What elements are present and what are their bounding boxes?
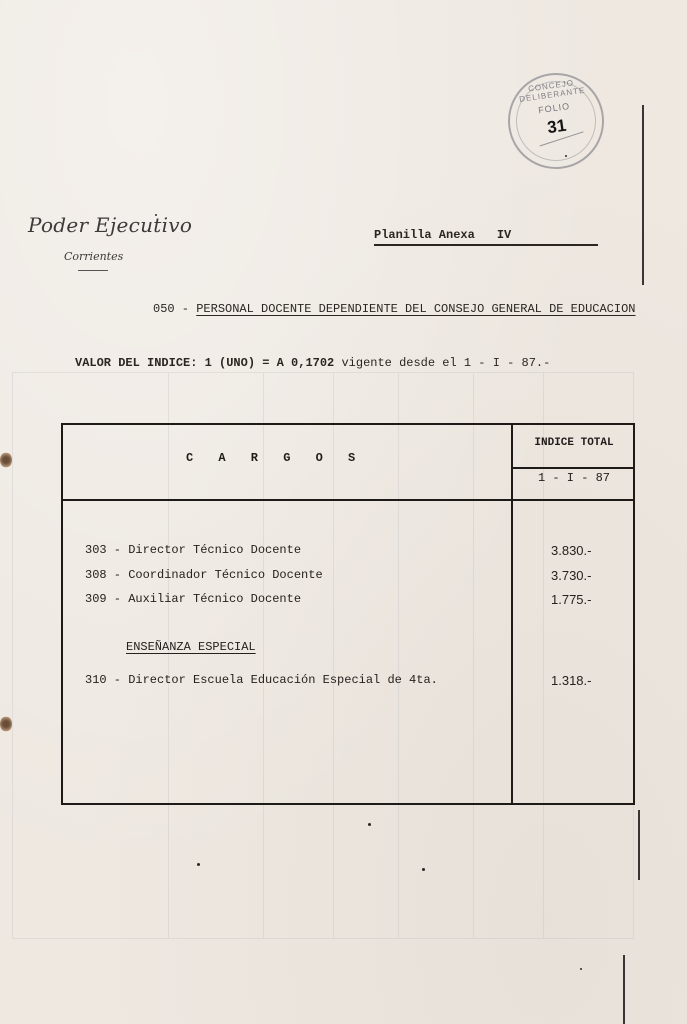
annex-heading: Planilla AnexaIV <box>374 228 598 246</box>
ink-speck <box>580 968 582 970</box>
table-row-indice: 1.775.- <box>551 592 591 607</box>
letterhead-subtitle: Corrientes <box>64 250 123 263</box>
column-header-date: 1 - I - 87 <box>513 471 635 485</box>
column-header-cargos: C A R G O S <box>186 451 364 465</box>
index-value-unit: 1 (UNO) <box>205 356 255 370</box>
index-value-label: VALOR DEL INDICE: <box>75 356 197 370</box>
cargos-table: C A R G O S INDICE TOTAL 1 - I - 87 303 … <box>61 423 635 805</box>
column-header-indice-total: INDICE TOTAL <box>513 437 635 449</box>
index-value-validity: vigente desde el 1 - I - 87.- <box>341 356 550 370</box>
table-row-cargo: 310 - Director Escuela Educación Especia… <box>85 673 438 687</box>
margin-line <box>638 810 640 880</box>
ink-speck <box>197 863 200 866</box>
ink-speck <box>422 868 425 871</box>
table-row-indice: 1.318.- <box>551 673 591 688</box>
table-row-cargo: 309 - Auxiliar Técnico Docente <box>85 592 301 606</box>
margin-line <box>623 955 625 1024</box>
document-page: CONCEJO DELIBERANTE FOLIO 31 Poder Ejecu… <box>0 0 687 1024</box>
section-title: PERSONAL DOCENTE DEPENDIENTE DEL CONSEJO… <box>196 302 635 316</box>
letterhead-title: Poder Ejecutivo <box>28 213 192 237</box>
annex-number: IV <box>497 228 511 242</box>
table-row-indice: 3.730.- <box>551 568 591 583</box>
margin-line <box>642 105 644 285</box>
table-row-indice: 3.830.- <box>551 543 591 558</box>
table-row-cargo: 308 - Coordinador Técnico Docente <box>85 568 323 582</box>
ink-speck <box>368 823 371 826</box>
section-heading: 050 - PERSONAL DOCENTE DEPENDIENTE DEL C… <box>153 302 636 316</box>
subsection-heading: ENSEÑANZA ESPECIAL <box>126 640 256 654</box>
table-row-cargo: 303 - Director Técnico Docente <box>85 543 301 557</box>
punch-hole <box>0 452 12 468</box>
letterhead-rule <box>78 270 108 271</box>
ink-speck <box>155 214 157 216</box>
folio-stamp: CONCEJO DELIBERANTE FOLIO 31 <box>502 67 610 175</box>
index-value-amount: = A 0,1702 <box>262 356 334 370</box>
ink-speck <box>565 155 567 157</box>
punch-hole <box>0 716 12 732</box>
index-value-line: VALOR DEL INDICE: 1 (UNO) = A 0,1702 vig… <box>75 356 550 370</box>
section-code: 050 - <box>153 302 189 316</box>
annex-label: Planilla Anexa <box>374 228 475 242</box>
